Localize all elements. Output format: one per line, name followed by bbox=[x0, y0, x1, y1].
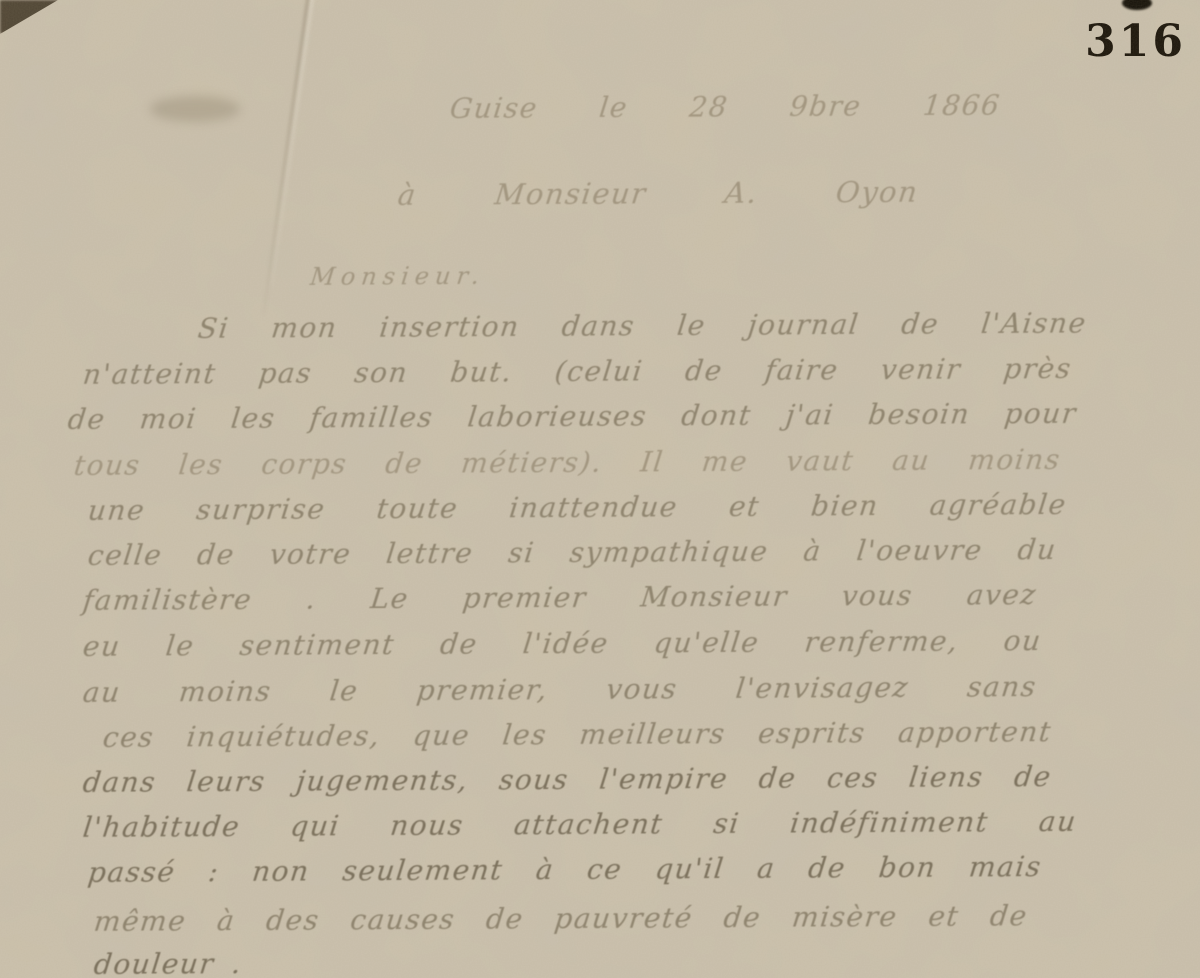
scan-corner-shadow-top-left bbox=[0, 0, 58, 34]
letter-salutation: Monsieur. bbox=[309, 262, 487, 291]
handwriting-line: tous les corps de métiers). Il me vaut a… bbox=[72, 443, 1063, 483]
handwriting-line: une surprise toute inattendue et bien ag… bbox=[86, 488, 1069, 528]
page-number-stamp: 316 bbox=[1085, 16, 1186, 67]
handwriting-line: passé : non seulement à ce qu'il a de bo… bbox=[86, 850, 1044, 890]
handwriting-line: eu le sentiment de l'idée qu'elle renfer… bbox=[81, 624, 1044, 664]
handwriting-line: douleur . bbox=[92, 947, 244, 978]
letter-dateline: Guise le 28 9bre 1866 bbox=[448, 89, 1002, 125]
paper-crease-highlight bbox=[270, 0, 315, 285]
handwriting-line: au moins le premier, vous l'envisagez sa… bbox=[81, 670, 1039, 710]
handwriting-line: dans leurs jugements, sous l'empire de c… bbox=[81, 760, 1054, 800]
letter-recipient-line: à Monsieur A. Oyon bbox=[396, 175, 920, 212]
handwriting-line: familistère . Le premier Monsieur vous a… bbox=[81, 578, 1039, 618]
handwriting-line: celle de votre lettre si sympathique à l… bbox=[86, 533, 1059, 573]
ink-smudge-left-margin bbox=[150, 96, 240, 122]
binding-mark-top-right bbox=[1122, 0, 1152, 10]
handwriting-line: l'habitude qui nous attachent si indéfin… bbox=[81, 805, 1079, 845]
handwriting-line: Si mon insertion dans le journal de l'Ai… bbox=[196, 307, 1089, 346]
handwriting-line: n'atteint pas son but. (celui de faire v… bbox=[81, 352, 1074, 392]
manuscript-page-scan: 316 Guise le 28 9bre 1866 à Monsieur A. … bbox=[0, 0, 1200, 978]
handwriting-line: de moi les familles laborieuses dont j'a… bbox=[66, 397, 1079, 437]
handwriting-line: ces inquiétudes, que les meilleurs espri… bbox=[101, 715, 1054, 755]
handwriting-line: même à des causes de pauvreté de misère … bbox=[92, 899, 1030, 939]
